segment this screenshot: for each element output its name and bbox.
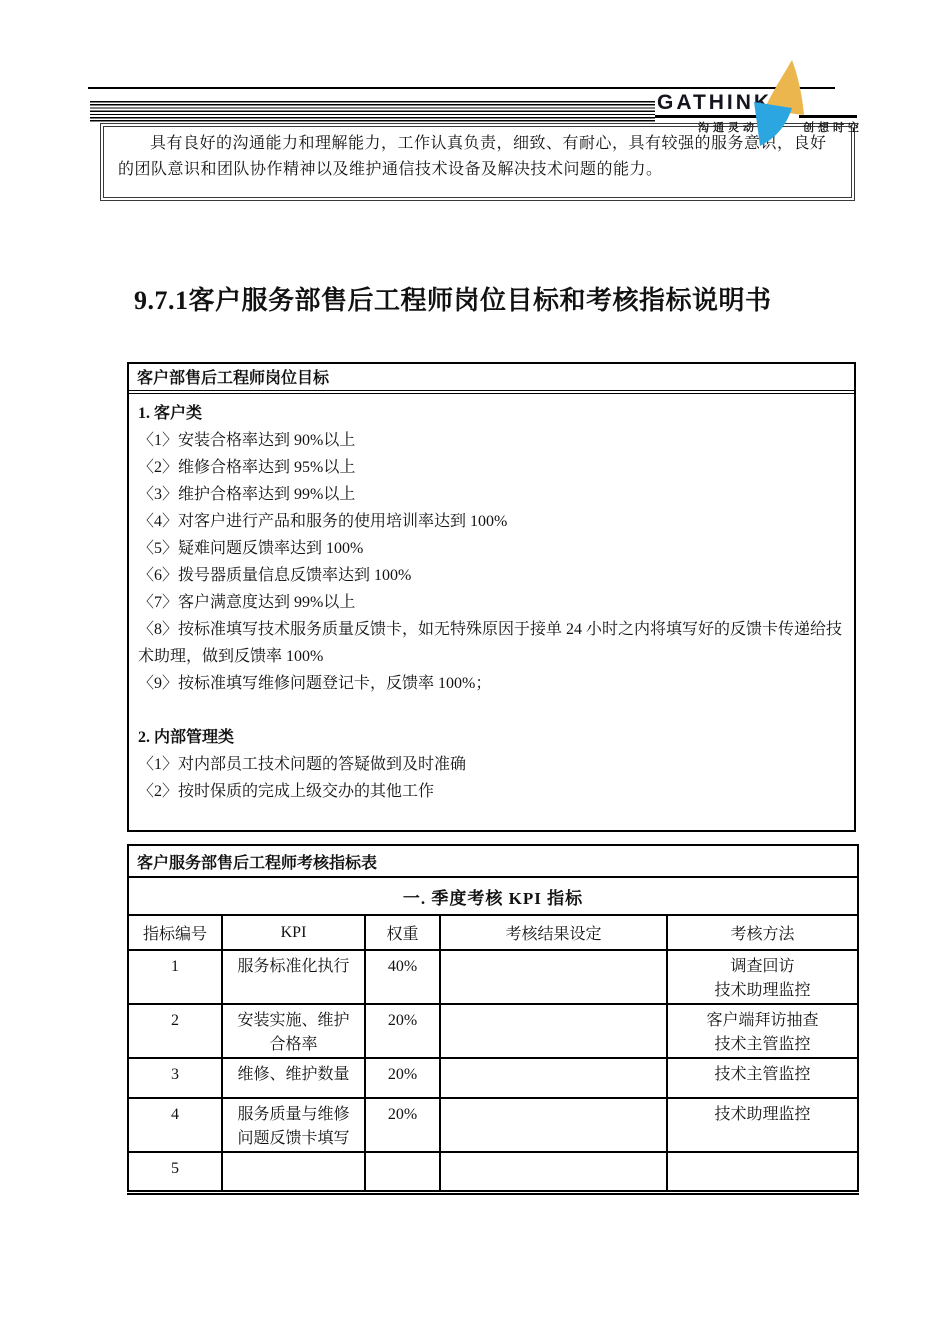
table-row: 2 安装实施、维护 合格率 20% 客户端拜访抽查 技术主管监控 (128, 1004, 858, 1058)
cell-weight (365, 1152, 440, 1192)
table-row: 1 服务标准化执行 40% 调查回访 技术助理监控 (128, 950, 858, 1004)
cell-result (440, 1152, 667, 1192)
col-header-weight: 权重 (365, 915, 440, 950)
kpi-table: 客户服务部售后工程师考核指标表 一. 季度考核 KPI 指标 指标编号 KPI … (127, 844, 859, 1195)
kpi-table-title-row: 客户服务部售后工程师考核指标表 (128, 845, 858, 877)
table-row: 3 维修、维护数量 20% 技术主管监控 (128, 1058, 858, 1098)
goals-table: 客户部售后工程师岗位目标 1. 客户类 〈1〉安装合格率达到 90%以上 〈2〉… (127, 362, 856, 832)
cell-method: 技术主管监控 (667, 1058, 858, 1098)
goals-section-heading: 1. 客户类 (138, 400, 845, 427)
cell-weight: 20% (365, 1004, 440, 1058)
intro-text: 具有良好的沟通能力和理解能力，工作认真负责，细致、有耐心，具有较强的服务意识，良… (118, 131, 837, 183)
cell-weight: 20% (365, 1098, 440, 1152)
cell-kpi: 服务质量与维修 问题反馈卡填写 (222, 1098, 365, 1152)
logo-sail-blue (754, 102, 792, 146)
col-header-kpi: KPI (222, 915, 365, 950)
cell-kpi: 服务标准化执行 (222, 950, 365, 1004)
kpi-column-header-row: 指标编号 KPI 权重 考核结果设定 考核方法 (128, 915, 858, 950)
cell-no: 1 (128, 950, 222, 1004)
cell-no: 2 (128, 1004, 222, 1058)
slogan-right: 创想时空 (803, 119, 863, 135)
table-row: 4 服务质量与维修 问题反馈卡填写 20% 技术助理监控 (128, 1098, 858, 1152)
document-page: GATHINK 沟通灵动 创想时空 具有良好的沟通能力和理解能力，工作认真负责，… (0, 0, 950, 1344)
kpi-table-title: 客户服务部售后工程师考核指标表 (128, 845, 858, 877)
cell-no: 3 (128, 1058, 222, 1098)
col-header-index: 指标编号 (128, 915, 222, 950)
cell-kpi: 安装实施、维护 合格率 (222, 1004, 365, 1058)
cell-result (440, 950, 667, 1004)
cell-no: 4 (128, 1098, 222, 1152)
cell-method (667, 1152, 858, 1192)
cell-result (440, 1004, 667, 1058)
kpi-section-title: 一. 季度考核 KPI 指标 (128, 877, 858, 915)
kpi-section-row: 一. 季度考核 KPI 指标 (128, 877, 858, 915)
cell-weight: 20% (365, 1058, 440, 1098)
goals-section-heading: 2. 内部管理类 (138, 724, 845, 751)
cell-kpi: 维修、维护数量 (222, 1058, 365, 1098)
goals-section-customer: 1. 客户类 〈1〉安装合格率达到 90%以上 〈2〉维修合格率达到 95%以上… (138, 400, 845, 697)
goals-section-items: 〈1〉安装合格率达到 90%以上 〈2〉维修合格率达到 95%以上 〈3〉维护合… (138, 427, 845, 697)
col-header-method: 考核方法 (667, 915, 858, 950)
col-header-result: 考核结果设定 (440, 915, 667, 950)
slogan-left: 沟通灵动 (698, 119, 758, 135)
cell-no: 5 (128, 1152, 222, 1192)
cell-method: 客户端拜访抽查 技术主管监控 (667, 1004, 858, 1058)
header-top-rule (88, 87, 835, 89)
goals-table-body: 1. 客户类 〈1〉安装合格率达到 90%以上 〈2〉维修合格率达到 95%以上… (129, 394, 854, 830)
cell-method: 技术助理监控 (667, 1098, 858, 1152)
goals-section-items: 〈1〉对内部员工技术问题的答疑做到及时准确 〈2〉按时保质的完成上级交办的其他工… (138, 751, 845, 805)
table-row: 5 (128, 1152, 858, 1192)
page-title: 9.7.1客户服务部售后工程师岗位目标和考核指标说明书 (134, 280, 772, 317)
header-stacked-rules (90, 101, 655, 122)
cell-result (440, 1058, 667, 1098)
cell-weight: 40% (365, 950, 440, 1004)
cell-kpi (222, 1152, 365, 1192)
goals-table-header: 客户部售后工程师岗位目标 (129, 364, 854, 394)
cell-result (440, 1098, 667, 1152)
cell-method: 调查回访 技术助理监控 (667, 950, 858, 1004)
goals-section-internal: 2. 内部管理类 〈1〉对内部员工技术问题的答疑做到及时准确 〈2〉按时保质的完… (138, 724, 845, 805)
